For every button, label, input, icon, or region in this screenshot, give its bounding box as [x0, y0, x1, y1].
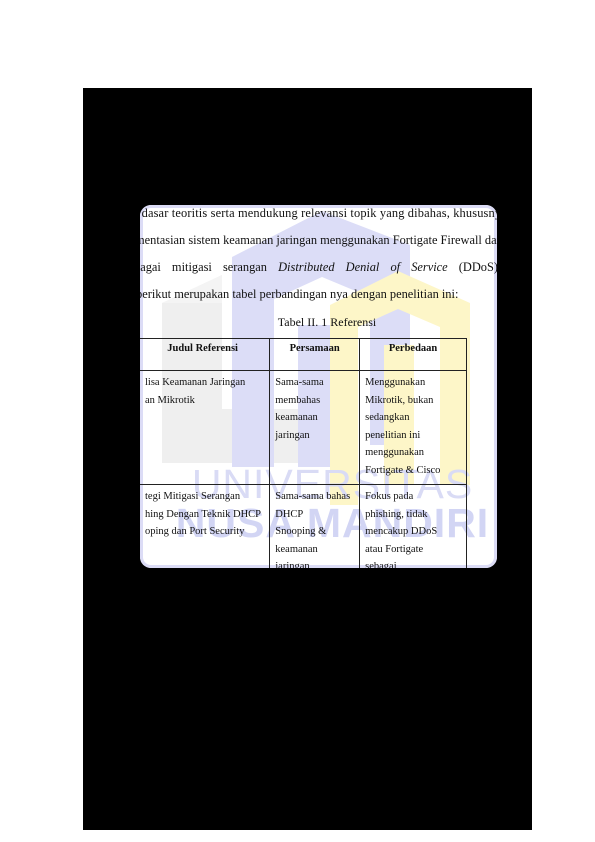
cell-line: Fortigate & Cisco [365, 462, 461, 480]
cell-line: hing Dengan Teknik DHCP [145, 506, 264, 524]
cell-judul: tegi Mitigasi Serangan hing Dengan Tekni… [140, 485, 270, 569]
header-perbedaan: Perbedaan [360, 339, 467, 371]
cell-line: Menggunakan [365, 374, 461, 392]
document-page-view[interactable]: UNIVERSITAS NUSA MANDIRI n dasar teoriti… [140, 205, 497, 568]
table-row: lisa Keamanan Jaringan an Mikrotik Sama-… [140, 371, 467, 485]
paragraph-line: mentasian sistem keamanan jaringan mengg… [140, 232, 497, 248]
paragraph-italic-term: Distributed Denial of Service [278, 260, 448, 274]
cell-line: Sama-sama membahas [275, 374, 354, 409]
cell-line: an Mikrotik [145, 392, 264, 410]
cell-line: penelitian ini [365, 427, 461, 445]
cell-line: jaringan [275, 558, 354, 568]
table-row: tegi Mitigasi Serangan hing Dengan Tekni… [140, 485, 467, 569]
cell-line: keamanan jaringan [275, 409, 354, 444]
cell-persamaan: Sama-sama membahas keamanan jaringan [270, 371, 360, 485]
reference-table: Judul Referensi Persamaan Perbedaan lisa… [140, 338, 467, 568]
cell-line: oping dan Port Security [145, 523, 264, 541]
cell-persamaan: Sama-sama bahas DHCP Snooping & keamanan… [270, 485, 360, 569]
cell-judul: lisa Keamanan Jaringan an Mikrotik [140, 371, 270, 485]
cell-line: sebagai [365, 558, 461, 568]
paragraph-line: berikut merupakan tabel perbandingan nya… [140, 286, 458, 302]
cell-line: phishing, tidak [365, 506, 461, 524]
table-caption: Tabel II. 1 Referensi [140, 315, 497, 330]
header-judul-referensi: Judul Referensi [140, 339, 270, 371]
cell-line: Snooping & keamanan [275, 523, 354, 558]
paragraph-line: n dasar teoritis serta mendukung relevan… [140, 205, 497, 221]
cell-line: Sama-sama bahas DHCP [275, 488, 354, 523]
paragraph-line: bagai mitigasi serangan Distributed Deni… [140, 259, 497, 275]
paragraph-text: bagai mitigasi serangan [140, 260, 267, 274]
cell-line: tegi Mitigasi Serangan [145, 488, 264, 506]
cell-line: menggunakan [365, 444, 461, 462]
cell-line: atau Fortigate [365, 541, 461, 559]
document-content: n dasar teoritis serta mendukung relevan… [140, 205, 497, 568]
cell-perbedaan: Menggunakan Mikrotik, bukan sedangkan pe… [360, 371, 467, 485]
cell-line: Fokus pada [365, 488, 461, 506]
cell-line: sedangkan [365, 409, 461, 427]
table-header-row: Judul Referensi Persamaan Perbedaan [140, 339, 467, 371]
cell-line: lisa Keamanan Jaringan [145, 374, 264, 392]
cell-perbedaan: Fokus pada phishing, tidak mencakup DDoS… [360, 485, 467, 569]
cell-line: Mikrotik, bukan [365, 392, 461, 410]
header-persamaan: Persamaan [270, 339, 360, 371]
paragraph-text: (DDoS) dan D [459, 260, 497, 274]
cell-line: mencakup DDoS [365, 523, 461, 541]
